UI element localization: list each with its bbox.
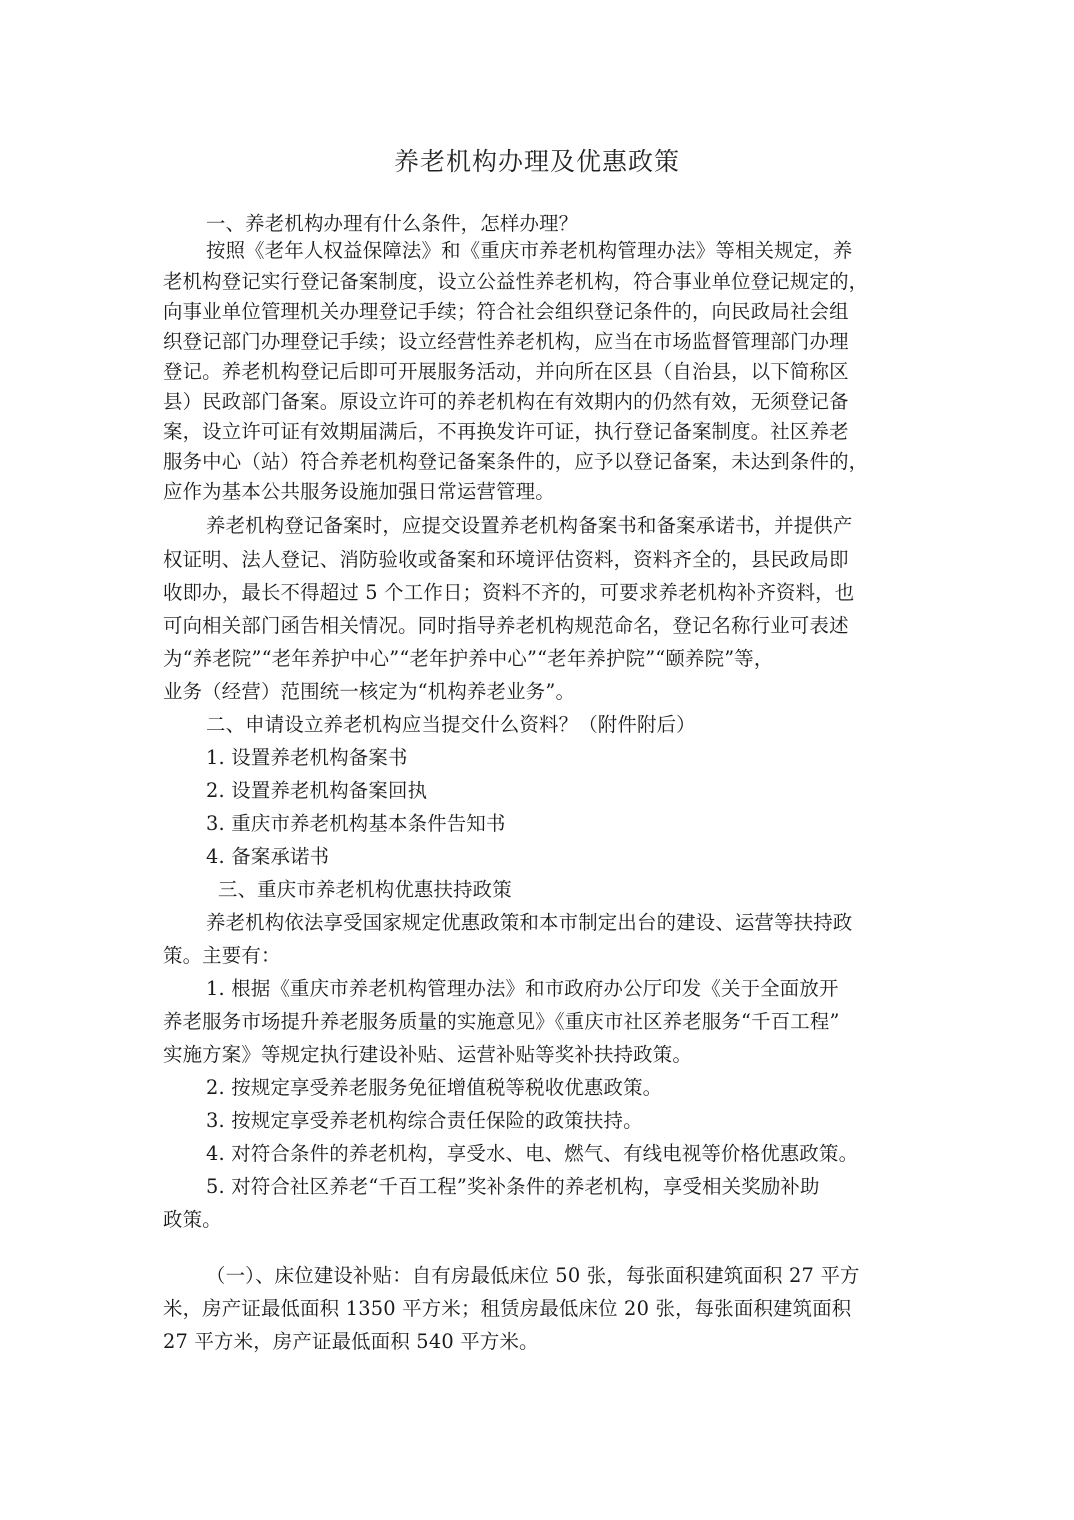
paragraph-line: 米，房产证最低面积 1350 平方米；租赁房最低床位 20 张，每张面积建筑面积 [163, 1293, 913, 1325]
paragraph-line: 向事业单位管理机关办理登记手续；符合社会组织登记条件的，向民政局社会组 [163, 296, 913, 328]
paragraph-line: 养老机构依法享受国家规定优惠政策和本市制定出台的建设、运营等扶持政 [206, 907, 913, 939]
paragraph-line: 老机构登记实行登记备案制度，设立公益性养老机构，符合事业单位登记规定的， [163, 266, 913, 298]
paragraph-line: 3. 重庆市养老机构基本条件告知书 [206, 808, 913, 840]
paragraph-line: 3. 按规定享受养老机构综合责任保险的政策扶持。 [206, 1105, 913, 1137]
paragraph-line: 二、申请设立养老机构应当提交什么资料？（附件附后） [206, 709, 913, 741]
paragraph-line: 可向相关部门函告相关情况。同时指导养老机构规范命名，登记名称行业可表述 [163, 610, 913, 642]
paragraph-line: 县）民政部门备案。原设立许可的养老机构在有效期内的仍然有效，无须登记备 [163, 386, 913, 418]
document-title: 养老机构办理及优惠政策 [0, 142, 1074, 178]
paragraph-line: 政策。 [163, 1204, 913, 1236]
paragraph-line: 收即办，最长不得超过 5 个工作日；资料不齐的，可要求养老机构补齐资料，也 [163, 577, 913, 609]
paragraph-line: 2. 设置养老机构备案回执 [206, 775, 913, 807]
paragraph-line: 服务中心（站）符合养老机构登记备案条件的，应予以登记备案，未达到条件的， [163, 446, 913, 478]
paragraph-line: （一）、床位建设补贴：自有房最低床位 50 张，每张面积建筑面积 27 平方 [206, 1260, 913, 1292]
paragraph-line: 4. 对符合条件的养老机构，享受水、电、燃气、有线电视等价格优惠政策。 [206, 1138, 913, 1170]
paragraph-line: 实施方案》等规定执行建设补贴、运营补贴等奖补扶持政策。 [163, 1039, 913, 1071]
paragraph-line: 权证明、法人登记、消防验收或备案和环境评估资料，资料齐全的，县民政局即 [163, 544, 913, 576]
paragraph-line: 按照《老年人权益保障法》和《重庆市养老机构管理办法》等相关规定，养 [206, 235, 913, 267]
paragraph-line: 织登记部门办理登记手续；设立经营性养老机构，应当在市场监督管理部门办理 [163, 326, 913, 358]
paragraph-line: 1. 根据《重庆市养老机构管理办法》和市政府办公厅印发《关于全面放开 [206, 973, 913, 1005]
paragraph-line: 4. 备案承诺书 [206, 841, 913, 873]
paragraph-line: 业务（经营）范围统一核定为“机构养老业务”。 [163, 676, 913, 708]
paragraph-line: 2. 按规定享受养老服务免征增值税等税收优惠政策。 [206, 1072, 913, 1104]
paragraph-line: 27 平方米，房产证最低面积 540 平方米。 [163, 1326, 913, 1358]
paragraph-line: 应作为基本公共服务设施加强日常运营管理。 [163, 476, 913, 508]
paragraph-line: 为“养老院”“老年养护中心”“老年护养中心”“老年养护院”“颐养院”等， [163, 643, 913, 675]
paragraph-line: 策。主要有： [163, 940, 913, 972]
paragraph-line: 三、重庆市养老机构优惠扶持政策 [218, 874, 925, 906]
paragraph-line: 养老服务市场提升养老服务质量的实施意见》《重庆市社区养老服务“千百工程” [163, 1006, 913, 1038]
paragraph-line: 1. 设置养老机构备案书 [206, 742, 913, 774]
paragraph-line: 案，设立许可证有效期届满后，不再换发许可证，执行登记备案制度。社区养老 [163, 416, 913, 448]
paragraph-line: 5. 对符合社区养老“千百工程”奖补条件的养老机构，享受相关奖励补助 [206, 1171, 913, 1203]
document-page: 养老机构办理及优惠政策 一、养老机构办理有什么条件，怎样办理？按照《老年人权益保… [0, 0, 1074, 1520]
paragraph-line: 登记。养老机构登记后即可开展服务活动，并向所在区县（自治县，以下简称区 [163, 356, 913, 388]
paragraph-line: 养老机构登记备案时，应提交设置养老机构备案书和备案承诺书，并提供产 [206, 510, 913, 542]
